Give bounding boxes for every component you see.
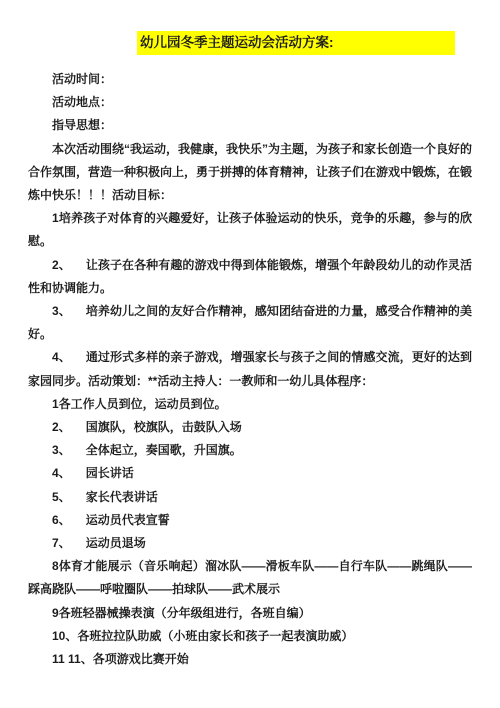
paragraph: 本次活动围绕“我运动，我健康，我快乐”为主题，为孩子和家长创造一个良好的合作氛围…	[28, 138, 472, 208]
paragraph-text: 国旗队，校旗队，击鼓队入场	[86, 420, 242, 434]
list-number: 4、	[52, 350, 71, 364]
paragraph: 6、运动员代表宣誓	[28, 509, 472, 532]
paragraph: 3、培养幼儿之间的友好合作精神，感知团结奋进的力量，感受合作精神的美好。	[28, 300, 472, 346]
paragraph: 2、让孩子在各种有趣的游戏中得到体能锻炼，增强个年龄段幼儿的动作灵活性和协调能力…	[28, 254, 472, 300]
paragraph: 活动时间：	[28, 68, 472, 91]
list-number: 2、	[52, 258, 71, 272]
paragraph-text: 家长代表讲话	[86, 490, 158, 504]
list-number: 7、	[52, 536, 71, 550]
paragraph: 10、各班拉拉队助威（小班由家长和孩子一起表演助威）	[28, 625, 472, 648]
document-title: 幼儿园冬季主题运动会活动方案:	[137, 31, 455, 55]
paragraph: 1各工作人员到位，运动员到位。	[28, 393, 472, 416]
document-body: 活动时间：活动地点：指导思想：本次活动围绕“我运动，我健康，我快乐”为主题，为孩…	[28, 68, 472, 671]
list-number: 6、	[52, 513, 71, 527]
paragraph-text: 培养幼儿之间的友好合作精神，感知团结奋进的力量，感受合作精神的美好。	[28, 304, 472, 341]
document-page: 幼儿园冬季主题运动会活动方案: 活动时间：活动地点：指导思想：本次活动围绕“我运…	[0, 0, 500, 708]
list-number: 2、	[52, 420, 71, 434]
list-number: 3、	[52, 443, 71, 457]
paragraph: 1培养孩子对体育的兴趣爱好，让孩子体验运动的快乐，竞争的乐趣，参与的欣慰。	[28, 207, 472, 253]
paragraph: 5、家长代表讲话	[28, 486, 472, 509]
paragraph-text: 运动员退场	[86, 536, 146, 550]
paragraph-text: 让孩子在各种有趣的游戏中得到体能锻炼，增强个年龄段幼儿的动作灵活性和协调能力。	[28, 258, 472, 295]
paragraph: 7、运动员退场	[28, 532, 472, 555]
paragraph: 2、国旗队，校旗队，击鼓队入场	[28, 416, 472, 439]
paragraph: 4、园长讲话	[28, 462, 472, 485]
paragraph: 11 11、各项游戏比赛开始	[28, 648, 472, 671]
paragraph: 9各班轻器械操表演（分年级组进行，各班自编）	[28, 602, 472, 625]
paragraph-text: 通过形式多样的亲子游戏，增强家长与孩子之间的情感交流，更好的达到家园同步。活动策…	[28, 350, 472, 387]
paragraph: 3、全体起立，奏国歌，升国旗。	[28, 439, 472, 462]
paragraph-text: 运动员代表宣誓	[86, 513, 170, 527]
paragraph: 4、通过形式多样的亲子游戏，增强家长与孩子之间的情感交流，更好的达到家园同步。活…	[28, 346, 472, 392]
paragraph: 活动地点：	[28, 91, 472, 114]
list-number: 4、	[52, 466, 71, 480]
paragraph-text: 园长讲话	[86, 466, 134, 480]
paragraph-text: 全体起立，奏国歌，升国旗。	[86, 443, 242, 457]
list-number: 3、	[52, 304, 71, 318]
list-number: 5、	[52, 490, 71, 504]
paragraph: 8体育才能展示（音乐响起）溜冰队——滑板车队——自行车队——跳绳队——踩高跷队—…	[28, 555, 472, 601]
paragraph: 指导思想：	[28, 114, 472, 137]
document-title-text: 幼儿园冬季主题运动会活动方案:	[140, 35, 334, 50]
